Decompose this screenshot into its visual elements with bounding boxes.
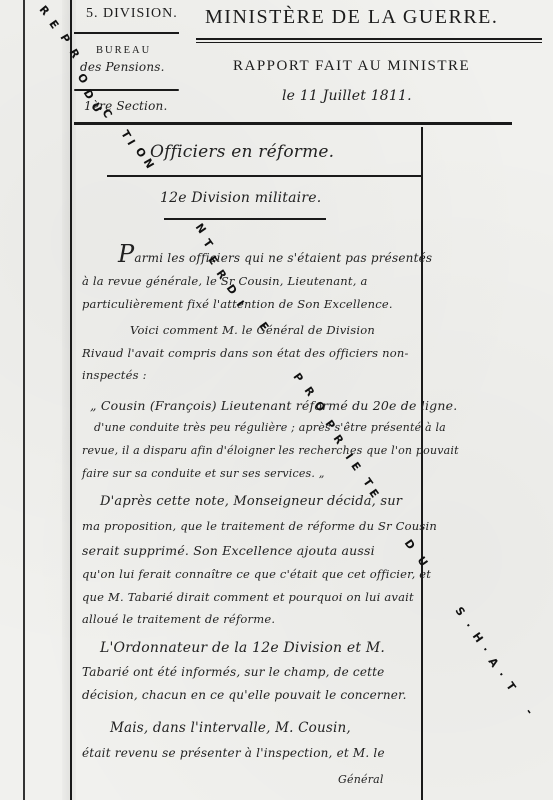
stamp-letter: T — [360, 476, 375, 490]
body-line: PParmi les officiers qui ne s'étaient pa… — [118, 240, 432, 268]
drop-cap: P — [118, 240, 134, 268]
stamp-letter: P — [290, 370, 305, 384]
report-date: le 11 Juillet 1811. — [282, 88, 412, 104]
stamp-letter: · — [495, 669, 508, 680]
body-line: décision, chacun en ce qu'elle pouvait l… — [82, 688, 407, 702]
body-line: Voici comment M. le Général de Division — [130, 323, 375, 337]
body-line: qu'on lui ferait connaître ce que c'étai… — [82, 567, 431, 581]
body-line: que M. Tabarié dirait comment et pourquo… — [82, 590, 414, 604]
report-title: RAPPORT FAIT AU MINISTRE — [233, 58, 470, 75]
scan-shadow-strip — [62, 0, 76, 800]
ministry-double-rule — [196, 38, 542, 40]
body-line: ma proposition, que le traitement de réf… — [82, 519, 437, 533]
stamp-letter: O — [133, 145, 149, 160]
header-left-rule — [74, 32, 179, 34]
bureau-name: des Pensions. — [80, 60, 165, 74]
body-line: était revenu se présenter à l'inspection… — [82, 746, 385, 760]
stamp-letter: A — [485, 655, 501, 669]
body-line: Général — [338, 773, 384, 786]
body-line: serait supprimé. Son Excellence ajouta a… — [82, 543, 375, 558]
stamp-letter: - — [523, 706, 536, 717]
body-line: D'après cette note, Monseigneur décida, … — [100, 494, 402, 509]
stamp-letter: · — [479, 644, 492, 655]
outer-margin-rule — [23, 0, 25, 800]
archive-document-page: 5. DIVISION. BUREAU des Pensions. 1ère S… — [0, 0, 553, 800]
subject-division-rule — [164, 218, 326, 220]
subject-title: Officiers en réforme. — [150, 142, 334, 162]
stamp-letter: T — [503, 680, 518, 694]
stamp-letter: R — [301, 384, 317, 398]
subject-rule — [107, 175, 422, 177]
body-line: revue, il a disparu afin d'éloigner les … — [82, 444, 459, 457]
ministry-title: MINISTÈRE DE LA GUERRE. — [205, 6, 498, 29]
stamp-letter: N — [193, 221, 209, 236]
body-line: Tabarié ont été informés, sur le champ, … — [82, 665, 384, 679]
ministry-double-rule-2 — [196, 42, 542, 43]
division-number: 5. DIVISION. — [86, 6, 178, 22]
right-column-rule — [421, 127, 423, 800]
body-line: alloué le traitement de réforme. — [82, 612, 275, 626]
body-line: d'une conduite très peu régulière ; aprè… — [94, 421, 446, 434]
stamp-letter: S — [452, 605, 467, 619]
stamp-letter: E — [46, 18, 61, 32]
body-line: Rivaud l'avait compris dans son état des… — [82, 346, 409, 360]
body-line: Mais, dans l'intervalle, M. Cousin, — [110, 720, 351, 736]
stamp-letter: · — [462, 620, 475, 631]
header-bottom-rule — [74, 122, 512, 125]
body-line: inspectés : — [82, 368, 147, 382]
stamp-letter: D — [402, 537, 418, 552]
left-column-rule — [70, 0, 72, 800]
body-line: „ Cousin (François) Lieutenant réformé d… — [90, 398, 457, 413]
body-line: faire sur sa conduite et sur ses service… — [82, 467, 325, 480]
body-line: L'Ordonnateur de la 12e Division et M. — [100, 640, 385, 656]
stamp-letter: H — [470, 630, 486, 645]
bureau-label: BUREAU — [96, 45, 151, 56]
stamp-letter: R — [37, 3, 52, 18]
stamp-letter: E — [348, 460, 363, 474]
subject-division: 12e Division militaire. — [160, 190, 321, 206]
division-text: 5. DIVISION. — [86, 6, 178, 21]
